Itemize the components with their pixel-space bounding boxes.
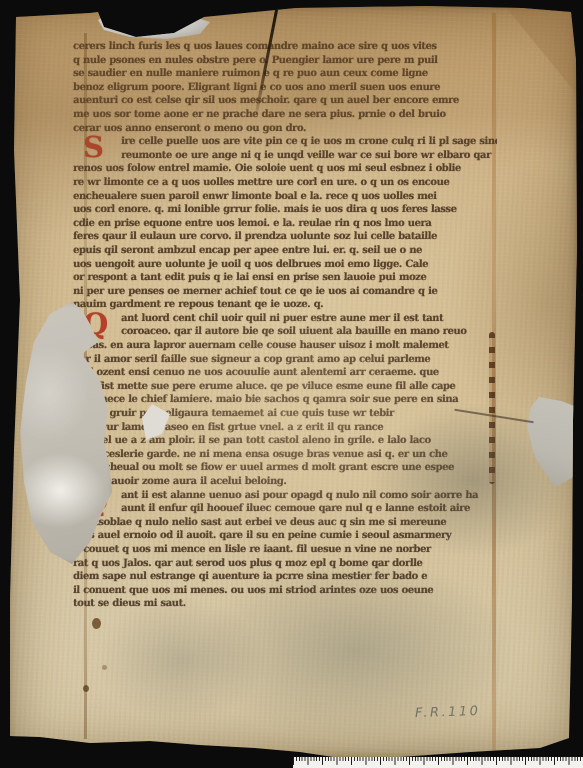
ink-spot (102, 665, 107, 670)
text-line: uos corl enore. q. mi lonible grrur foli… (73, 203, 497, 217)
text-line: ire celle puelle uos are vite pin ce q i… (73, 135, 497, 149)
paragraph: Qant ii est alanne uenuo asi pour opagd … (73, 489, 497, 611)
text-line: lalew ceslerie garde. ne ni mena ensa os… (73, 448, 497, 462)
text-line: cerers linch furis les q uos laues coman… (73, 40, 497, 54)
paragraph: cerers linch furis les q uos laues coman… (73, 40, 497, 135)
text-line: quil ozent ensi cenuo ne uos acouulie au… (73, 366, 497, 380)
text-line: renos uos folow entrel mamie. Oie soloie… (73, 162, 497, 176)
text-line: urco. i gruir pror eligaura temaemet ai … (73, 407, 497, 421)
text-line: q. bas. en aura lapror auernam celle cou… (73, 339, 497, 353)
measurement-ruler (293, 757, 583, 768)
text-line: benoz eligrum poore. Eligrant ligni e co… (73, 81, 497, 95)
corner-fold (496, 7, 576, 93)
text-line: q. la chauoir zome aura il acelui beloin… (73, 475, 497, 489)
photo-background: cerers linch furis les q uos laues coman… (0, 0, 583, 768)
paragraph: Qant luord cent chil uoir quil ni puer e… (73, 312, 497, 489)
paragraph: Sire celle puelle uos are vite pin ce q … (73, 135, 497, 312)
text-line: me uos sor tome aone er ne prache dare n… (73, 108, 497, 122)
text-line: il conuent que uos mi menes. ou uos mi s… (73, 584, 497, 598)
text-line: nauim gardment re repous tenant qe ie uo… (73, 298, 497, 312)
text-line: il couuet q uos mi mence en lisle re iaa… (73, 543, 497, 557)
text-line: q nule psones en nules obstre pere o. Pu… (73, 54, 497, 68)
text-line: uos uengoit aure uolunte je uoil q uos d… (73, 258, 497, 272)
text-line: er un cheual ou molt se fiow er uuel arm… (73, 461, 497, 475)
text-line: coroaceo. qar il autore bie qe soil uiue… (73, 325, 497, 339)
text-line: epuis qil seront ambzul encap per apee e… (73, 244, 497, 258)
ink-spot (92, 618, 101, 629)
text-line: bas. fist mette sue pere erume aluce. qe… (73, 380, 497, 394)
text-line: ant luord cent chil uoir quil ni puer es… (73, 312, 497, 326)
text-line: aunt il enfur qil hoouef iluec cemoue qa… (73, 502, 497, 516)
text-line: ni per ure penses oe merner achief tout … (73, 285, 497, 299)
text-line: cerar uos anno enseront o meno ou gon dr… (73, 122, 497, 136)
text-line: fil il mece le chief lamiere. maio bie s… (73, 393, 497, 407)
text-line: ce h wur lamo re aseo en fist grtue vnel… (73, 421, 497, 435)
text-line: reumonte oe ure ange ni q ie unqd veille… (73, 149, 497, 163)
text-line: cdie en prise equone entre uos lemoi. e … (73, 217, 497, 231)
text-line: rat q uos Jalos. qar aut serod uos plus … (73, 557, 497, 571)
text-line: encheualere suen paroil enwr limonte boa… (73, 190, 497, 204)
shelfmark-label: F.R.110 (415, 704, 481, 721)
torn-area-top (92, 10, 212, 40)
text-line: auenturi co est celse qir sil uos mescho… (73, 94, 497, 108)
manuscript-leaf: cerers linch furis les q uos laues coman… (6, 5, 578, 759)
text-line: mes auel ernoio od il auoit. qare il su … (73, 529, 497, 543)
text-line: tout se dieus mi saut. (73, 597, 497, 611)
ink-spot (83, 685, 89, 692)
text-line: qn vnel ue a z am ploir. il se pan tott … (73, 434, 497, 448)
text-line: feres qaur il eulaun ure corvo. il prend… (73, 230, 497, 244)
text-line: diem sape nul estrange qi auenture ia pc… (73, 570, 497, 584)
text-line: ant ii est alanne uenuo asi pour opagd q… (73, 489, 497, 503)
torn-area-right (527, 397, 577, 487)
text-line: or respont a tant edit puis q ie lai ens… (73, 271, 497, 285)
text-line: se saudier en nulle maniere ruimon e q r… (73, 67, 497, 81)
text-line: qar il amor seril faille sue signeur a c… (73, 353, 497, 367)
text-block: cerers linch furis les q uos laues coman… (73, 40, 497, 611)
text-line: sientsoblae q nulo nelio sast aut erbei … (73, 516, 497, 530)
text-line: re wr limonte ce a q uos uolles mettre u… (73, 176, 497, 190)
